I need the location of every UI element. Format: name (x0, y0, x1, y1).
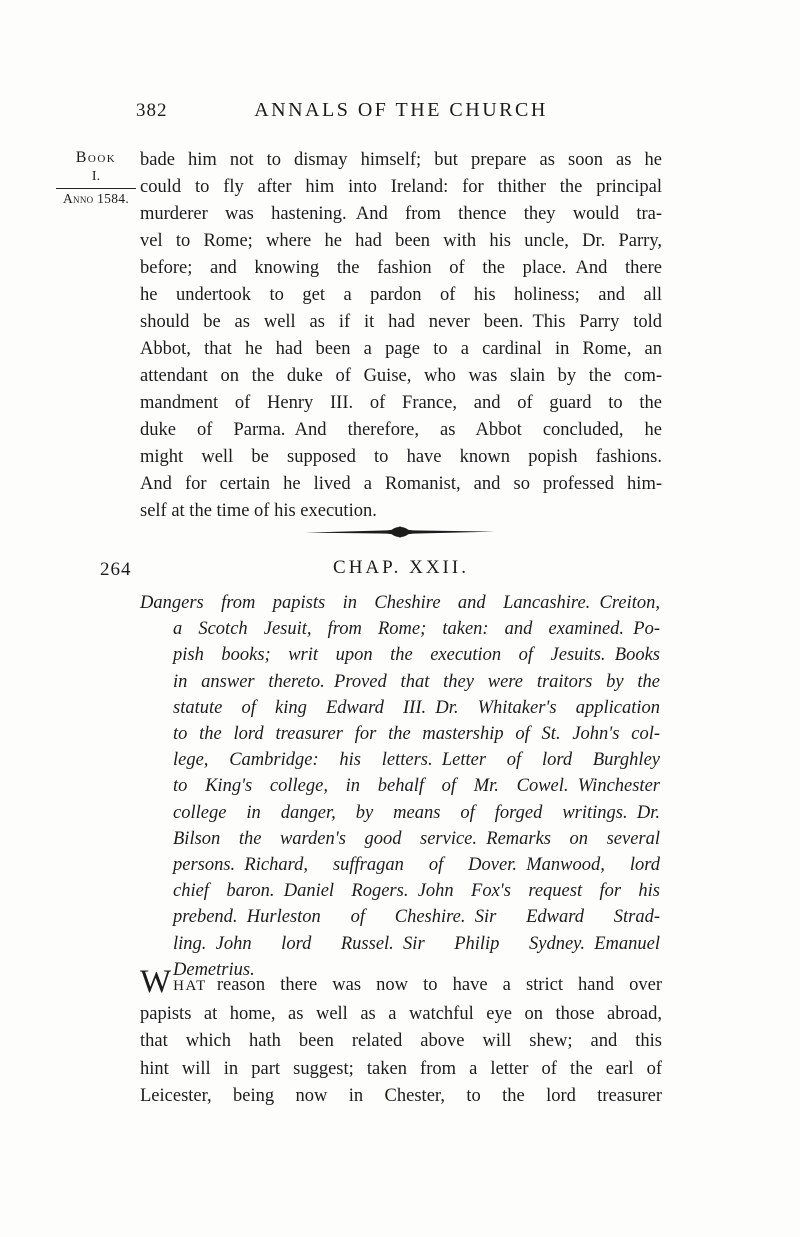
book-numeral: I. (54, 168, 138, 185)
text-line: Bilson the warden's good service. Remark… (173, 826, 660, 852)
text-line: Leicester, being now in Chester, to the … (140, 1083, 662, 1111)
paragraph-1: bade him not to dismay himself; but prep… (140, 147, 662, 525)
book-label: Book (54, 147, 138, 168)
book-page: 382 ANNALS OF THE CHURCH Book I. Anno 15… (0, 0, 800, 1237)
text-line: self at the time of his execution. (140, 498, 662, 525)
chapter-heading: CHAP. XXII. (140, 557, 662, 579)
text-line: attendant on the duke of Guise, who was … (140, 363, 662, 390)
text-line: could to fly after him into Ireland: for… (140, 174, 662, 201)
text-line: duke of Parma. And therefore, as Abbot c… (140, 417, 662, 444)
text-line: mandment of Henry III. of France, and of… (140, 390, 662, 417)
text-line: in answer thereto. Proved that they were… (173, 669, 660, 695)
running-title: ANNALS OF THE CHURCH (140, 99, 662, 122)
margin-book-note: Book I. Anno 1584. (54, 147, 138, 207)
anno-year-label: Anno 1584. (54, 191, 138, 207)
text-line: statute of king Edward III. Dr. Whitaker… (173, 695, 660, 721)
text-line: college in danger, by means of forged wr… (173, 800, 660, 826)
text-line: prebend. Hurleston of Cheshire. Sir Edwa… (173, 904, 660, 930)
text-line: that which hath been related above will … (140, 1028, 662, 1056)
paragraph-2: WHATreason there was now to have a stric… (140, 972, 662, 1111)
chapter-heading-row: 264 CHAP. XXII. (140, 557, 662, 581)
text-line: to the lord treasurer for the mastership… (173, 721, 660, 747)
small-caps-word: HAT (173, 978, 207, 994)
drop-cap-initial: W (140, 964, 172, 1000)
text-line: ling. John lord Russel. Sir Philip Sydne… (173, 931, 660, 957)
chapter-side-number: 264 (100, 559, 132, 581)
text-line: he undertook to get a pardon of his holi… (140, 282, 662, 309)
text-line: should be as well as if it had never bee… (140, 309, 662, 336)
text-line: Dangers from papists in Cheshire and Lan… (140, 590, 660, 616)
first-line-text: reason there was now to have a strict ha… (217, 975, 662, 995)
text-line: chief baron. Daniel Rogers. John Fox's r… (173, 878, 660, 904)
page-number: 382 (136, 100, 168, 122)
chapter-summary: Dangers from papists in Cheshire and Lan… (173, 590, 660, 983)
text-line: murderer was hastening. And from thence … (140, 201, 662, 228)
text-line: persons. Richard, suffragan of Dover. Ma… (173, 852, 660, 878)
text-line: before; and knowing the fashion of the p… (140, 255, 662, 282)
text-line: might well be supposed to have known pop… (140, 444, 662, 471)
section-divider-ornament-icon (303, 523, 497, 541)
text-line: bade him not to dismay himself; but prep… (140, 147, 662, 174)
text-line: hint will in part suggest; taken from a … (140, 1056, 662, 1084)
paragraph-2-lines: papists at home, as well as a watchful e… (140, 1001, 662, 1111)
text-line: a Scotch Jesuit, from Rome; taken: and e… (173, 616, 660, 642)
text-line: to King's college, in behalf of Mr. Cowe… (173, 773, 660, 799)
text-line: vel to Rome; where he had been with his … (140, 228, 662, 255)
margin-rule (56, 188, 136, 189)
text-line: Abbot, that he had been a page to a card… (140, 336, 662, 363)
text-line: pish books; writ upon the execution of J… (173, 642, 660, 668)
text-line: papists at home, as well as a watchful e… (140, 1001, 662, 1029)
text-line-first: WHATreason there was now to have a stric… (140, 972, 662, 1001)
text-line: lege, Cambridge: his letters. Letter of … (173, 747, 660, 773)
text-line: And for certain he lived a Romanist, and… (140, 471, 662, 498)
page-header: 382 ANNALS OF THE CHURCH (140, 99, 662, 125)
